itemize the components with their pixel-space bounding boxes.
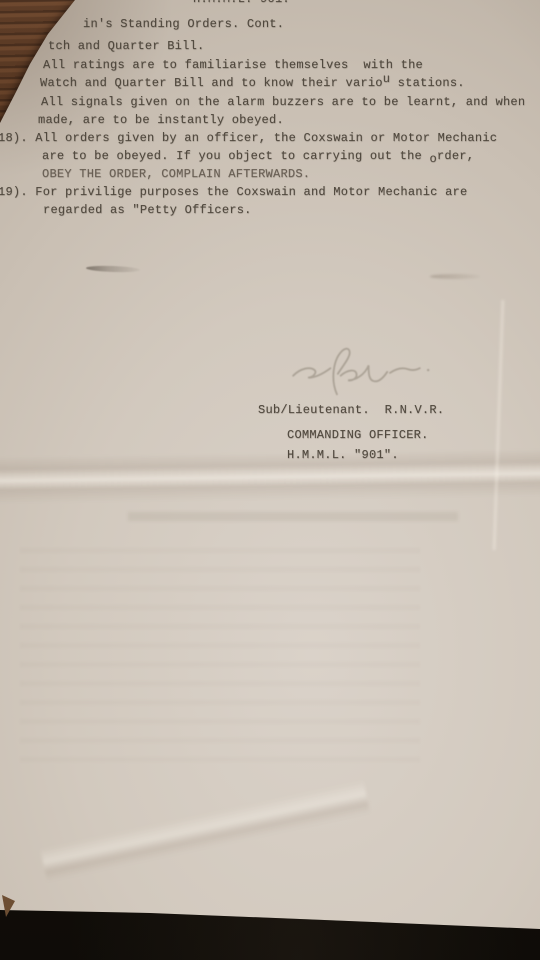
signature-dot — [427, 369, 429, 371]
signature-stroke — [341, 365, 388, 381]
doc-header-ship: H.M.M.L. 901. — [193, 0, 290, 6]
typed-line-ratings: All ratings are to familiarise themselve… — [43, 58, 423, 72]
typed-text: stations. — [390, 76, 465, 90]
vertical-crease — [493, 300, 505, 550]
diagonal-crease — [39, 776, 370, 884]
signature-stroke — [293, 368, 330, 377]
typed-text: are to be obeyed. If you object to carry… — [42, 149, 429, 163]
signoff-role: COMMANDING OFFICER. — [287, 428, 429, 442]
section-heading-watch-quarter-bill: tch and Quarter Bill. — [48, 39, 204, 53]
dropped-letter: o — [429, 152, 436, 166]
signoff-ship: H.M.M.L. "901". — [287, 448, 399, 462]
signoff-rank: Sub/Lieutenant. R.N.V.R. — [258, 403, 444, 417]
ink-showthrough-band — [128, 512, 458, 521]
ink-showthrough-rows — [20, 548, 420, 768]
horizontal-fold-crease — [0, 444, 540, 510]
typed-line-order-18-3: OBEY THE ORDER, COMPLAIN AFTERWARDS. — [42, 167, 310, 181]
pencil-smudge — [86, 265, 140, 273]
typed-text: Watch and Quarter Bill and to know their… — [40, 76, 383, 90]
typed-text: rder, — [437, 149, 474, 163]
signature-stroke — [390, 368, 420, 373]
typed-line-order-19-1: 19). For privilige purposes the Coxswain… — [0, 185, 467, 199]
paper-shadow-wrap: H.M.M.L. 901. in's Standing Orders. Cont… — [0, 0, 540, 960]
faint-smudge — [430, 274, 480, 279]
typed-line-order-18-2: are to be obeyed. If you object to carry… — [42, 149, 474, 163]
signature-handwriting — [282, 344, 444, 398]
typed-line-signals-1: All signals given on the alarm buzzers a… — [41, 95, 525, 109]
raised-letter: u — [383, 72, 390, 86]
doc-header-continuation: in's Standing Orders. Cont. — [83, 17, 284, 31]
typed-line-order-18-1: 18). All orders given by an officer, the… — [0, 131, 497, 145]
document-page: H.M.M.L. 901. in's Standing Orders. Cont… — [0, 0, 540, 960]
photo-of-document: H.M.M.L. 901. in's Standing Orders. Cont… — [0, 0, 540, 960]
typed-line-order-19-2: regarded as "Petty Officers. — [43, 203, 252, 217]
typed-line-watch-bill: Watch and Quarter Bill and to know their… — [40, 76, 465, 90]
typed-line-signals-2: made, are to be instantly obeyed. — [38, 113, 284, 127]
